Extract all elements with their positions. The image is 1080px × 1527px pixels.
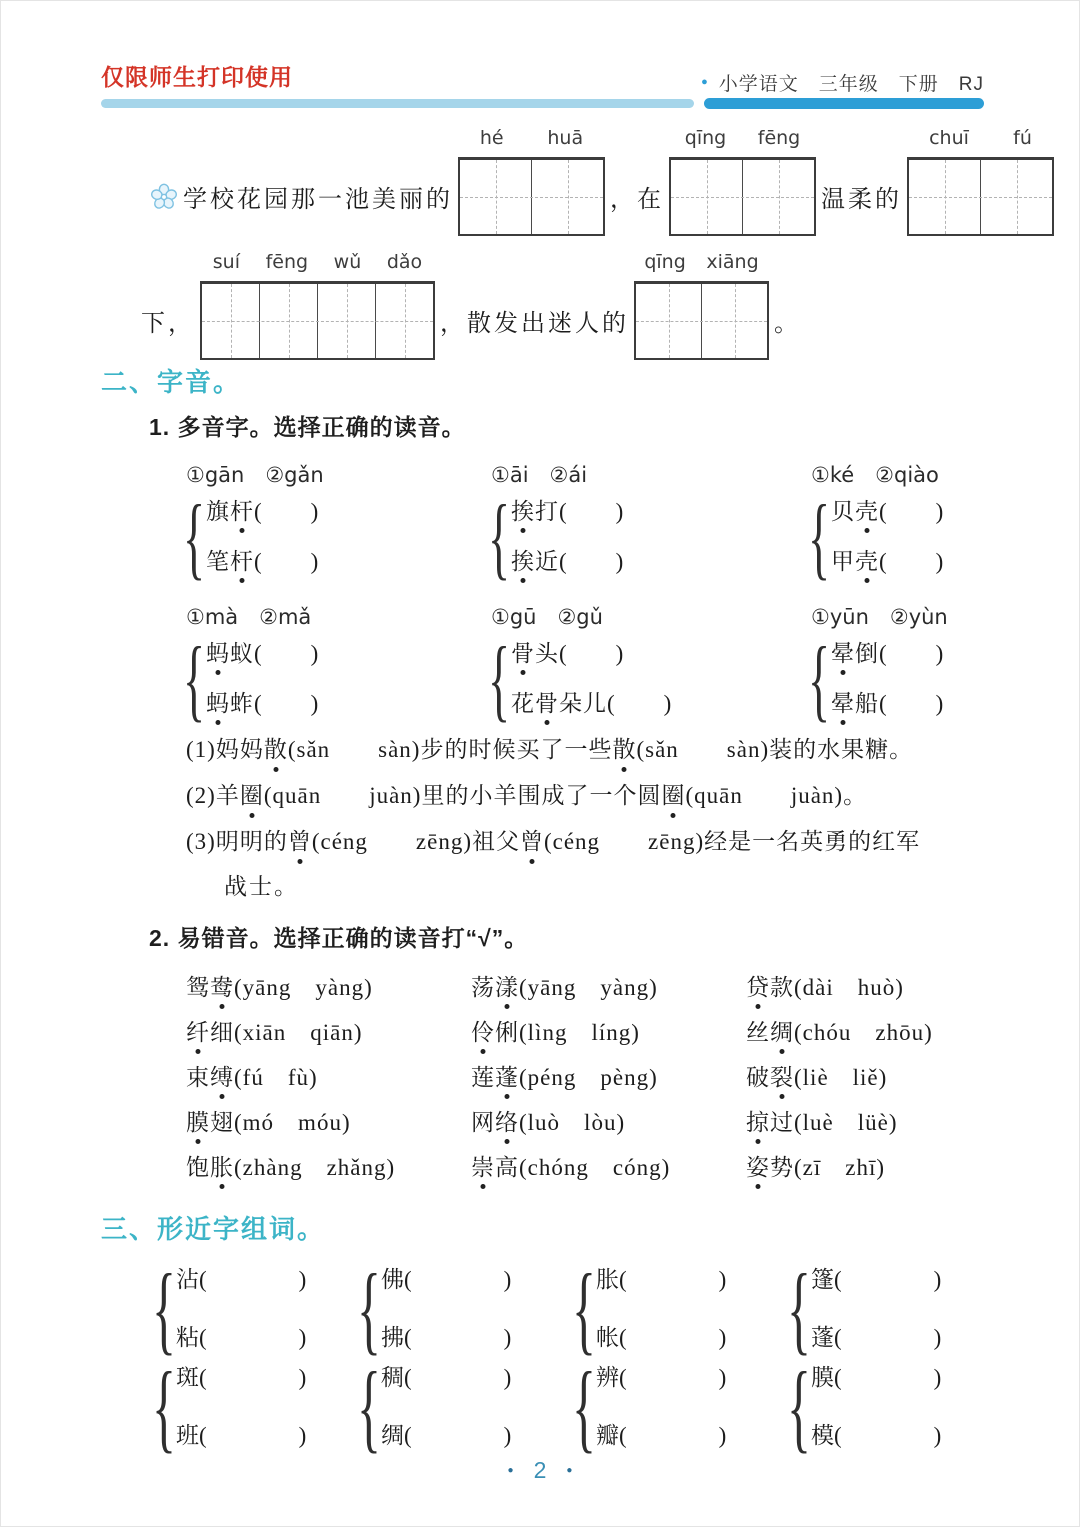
answer-blank: ( ) [834, 1423, 941, 1448]
word-item: 辨( ) [596, 1363, 726, 1393]
word-text: (yāng yàng) [519, 975, 658, 1000]
word-item: 蚂蚱( ) [206, 689, 319, 719]
sentence-seg: (céng zēng)经是一名英勇的红军 [544, 829, 920, 854]
header-divider [101, 97, 984, 109]
writing-cells [458, 157, 605, 236]
word-with-options: 崇高(chóng cóng) [471, 1153, 746, 1183]
sentence-text: ，散发出迷人的 [440, 303, 629, 338]
section-2-title: 二、字音。 [101, 366, 984, 398]
char-pair: { 稠( ) 绸( ) [361, 1363, 576, 1451]
char-pair: { 斑( ) 班( ) [156, 1363, 361, 1451]
dotted-char: 晕 [831, 689, 855, 719]
answer-blank: ( ) [619, 1365, 726, 1390]
dotted-char: 曾 [520, 826, 544, 858]
duoyin-pair: { 骨头( ) 花骨朵儿( ) [491, 639, 811, 719]
dotted-char: 杆 [230, 497, 254, 527]
writing-box-hehua: hé huā [458, 157, 605, 236]
word-text: 束 [186, 1065, 210, 1090]
fill-blank-line-2: 下， suí fēng wǔ dǎo ，散发出迷人的 qīng xiāng [141, 281, 984, 360]
page-footer: ● 2 ● [1, 1457, 1079, 1484]
dotted-char: 晕 [831, 639, 855, 669]
word-with-options: 丝绸(chóu zhōu) [746, 1018, 984, 1048]
dotted-char: 蓬 [495, 1063, 519, 1093]
word-text: (yāng yàng) [234, 975, 373, 1000]
duoyin-pair: { 挨打( ) 挨近( ) [491, 497, 811, 577]
pair-words: 篷( ) 蓬( ) [811, 1265, 941, 1353]
dotted-char: 纤 [186, 1018, 210, 1048]
pair-words: 斑( ) 班( ) [176, 1363, 306, 1451]
answer-blank: ( ) [404, 1423, 511, 1448]
yicuoyin-row: 膜翅(mó móu) 网络(luò lòu) 掠过(luè lüè) [186, 1108, 984, 1138]
pair-words: 辨( ) 瓣( ) [596, 1363, 726, 1451]
word-item: 蓬( ) [811, 1323, 941, 1353]
word-with-options: 掠过(luè lüè) [746, 1108, 984, 1138]
dotted-char: 伶 [471, 1018, 495, 1048]
footer-dot-icon: ● [566, 1465, 572, 1476]
xingjinzi-row-1: { 沾( ) 粘( ) { 佛( ) 拂( ) { 胀( ) 帐( ) { [156, 1265, 984, 1353]
char: 篷 [811, 1267, 834, 1292]
word-with-options: 姿势(zī zhī) [746, 1153, 984, 1183]
pinyin-label: suí fēng wǔ dǎo [200, 251, 435, 273]
answer-blank: ( ) [404, 1325, 511, 1350]
duoyin-pairs-row-2: { 蚂蚁( ) 蚂蚱( ) { 骨头( ) 花骨朵儿( ) { 晕倒( ) 晕船… [186, 639, 984, 719]
answer-blank: 蚁( ) [230, 641, 319, 666]
word-with-options: 荡漾(yāng yàng) [471, 973, 746, 1003]
answer-blank: 朵儿( ) [559, 691, 672, 716]
char: 沾 [176, 1267, 199, 1292]
footer-dot-icon: ● [508, 1465, 514, 1476]
word-item: 膜( ) [811, 1363, 941, 1393]
answer-blank: ( ) [619, 1267, 726, 1292]
word-text: 贝 [831, 499, 855, 524]
char: 辨 [596, 1365, 619, 1390]
word-text: (zhàng zhǎng) [234, 1155, 395, 1180]
sentence-text: 。 [774, 303, 801, 338]
dotted-char: 骨 [511, 639, 535, 669]
char-pair: { 辨( ) 瓣( ) [576, 1363, 791, 1451]
brace-glyph: { [495, 497, 503, 577]
pinyin-syllable: dǎo [387, 251, 422, 273]
word-item: 斑( ) [176, 1363, 306, 1393]
word-with-options: 破裂(liè liě) [746, 1063, 984, 1093]
word-item: 旗杆( ) [206, 497, 319, 527]
worksheet-page: 仅限师生打印使用 ● 小学语文 三年级 下册 RJ 学校花园那一池美丽的 hé … [0, 0, 1080, 1527]
char-pair: { 佛( ) 拂( ) [361, 1265, 576, 1353]
char: 粘 [176, 1325, 199, 1350]
pinyin-syllable: fú [1013, 127, 1032, 149]
xingjinzi-row-2: { 斑( ) 班( ) { 稠( ) 绸( ) { 辨( ) 瓣( ) { [156, 1363, 984, 1451]
writing-cells [634, 281, 769, 360]
word-item: 佛( ) [381, 1265, 511, 1295]
dotted-char: 骨 [535, 689, 559, 719]
sentence-seg: (céng zēng)祖父 [312, 829, 520, 854]
word-item: 班( ) [176, 1421, 306, 1451]
print-restriction-label: 仅限师生打印使用 [101, 59, 293, 92]
pinyin-label: hé huā [458, 127, 605, 149]
word-text: 高(chóng cóng) [495, 1155, 670, 1180]
brace-glyph: { [580, 1363, 588, 1451]
divider-bar-dark [704, 98, 984, 109]
dotted-char: 挨 [511, 547, 535, 577]
brace-glyph: { [815, 497, 823, 577]
sentence-1: (1)妈妈散(sǎn sàn)步的时候买了一些散(sǎn sàn)装的水果糖。 [186, 734, 984, 766]
word-text: (péng pèng) [519, 1065, 658, 1090]
pinyin-options: ①mà ②mǎ [186, 601, 491, 631]
word-item: 帐( ) [596, 1323, 726, 1353]
word-text: 饱 [186, 1155, 210, 1180]
section-2-sub-1: 1. 多音字。选择正确的读音。 [149, 412, 984, 442]
brace-glyph: { [795, 1265, 803, 1353]
brace-glyph: { [580, 1265, 588, 1353]
char: 班 [176, 1423, 199, 1448]
dotted-char: 绸 [770, 1018, 794, 1048]
answer-blank: ( ) [834, 1365, 941, 1390]
writing-cell [701, 284, 767, 358]
pinyin-syllable: hé [480, 127, 504, 149]
page-header: 仅限师生打印使用 ● 小学语文 三年级 下册 RJ [101, 59, 984, 89]
divider-bar-light [101, 99, 694, 108]
brace-glyph: { [495, 639, 503, 719]
sentence-seg: (sǎn sàn)装的水果糖。 [636, 737, 913, 762]
duoyin-options-row-2: ①mà ②mǎ ①gū ②gǔ ①yūn ②yùn [186, 601, 984, 629]
duoyin-pair: { 贝壳( ) 甲壳( ) [811, 497, 984, 577]
writing-box-qingxiang: qīng xiāng [634, 281, 769, 360]
word-item: 挨近( ) [511, 547, 624, 577]
pinyin-options: ①ké ②qiào [811, 459, 984, 489]
writing-cell [317, 284, 375, 358]
writing-cell [909, 160, 980, 234]
char: 绸 [381, 1423, 404, 1448]
answer-blank: ( ) [404, 1267, 511, 1292]
word-with-options: 膜翅(mó móu) [186, 1108, 471, 1138]
word-text: 款(dài huò) [770, 975, 904, 1000]
writing-box-suifengwudao: suí fēng wǔ dǎo [200, 281, 435, 360]
dotted-char: 蚂 [206, 689, 230, 719]
dotted-char: 壳 [855, 497, 879, 527]
pair-words: 佛( ) 拂( ) [381, 1265, 511, 1353]
dotted-char: 鸯 [210, 973, 234, 1003]
answer-blank: ( ) [254, 499, 319, 524]
writing-cells [200, 281, 435, 360]
answer-blank: 近( ) [535, 549, 624, 574]
brace-glyph: { [160, 1265, 168, 1353]
word-text: 旗 [206, 499, 230, 524]
pinyin-syllable: wǔ [334, 251, 362, 273]
word-text: 破 [746, 1065, 770, 1090]
answer-blank: ( ) [254, 549, 319, 574]
pinyin-options: ①gū ②gǔ [491, 601, 811, 631]
answer-blank: 打( ) [535, 499, 624, 524]
brace-glyph: { [365, 1363, 373, 1451]
word-with-options: 莲蓬(péng pèng) [471, 1063, 746, 1093]
word-with-options: 网络(luò lòu) [471, 1108, 746, 1138]
dotted-char: 散 [264, 734, 288, 766]
answer-blank: ( ) [834, 1325, 941, 1350]
book-info-text: 小学语文 三年级 下册 RJ [719, 69, 984, 96]
dotted-char: 掠 [746, 1108, 770, 1138]
pair-words: 蚂蚁( ) 蚂蚱( ) [206, 639, 319, 719]
page-number: 2 [534, 1457, 547, 1484]
yicuoyin-row: 纤细(xiān qiān) 伶俐(lìng líng) 丝绸(chóu zhōu… [186, 1018, 984, 1048]
answer-blank: ( ) [834, 1267, 941, 1292]
dotted-char: 蚂 [206, 639, 230, 669]
pinyin-syllable: fēng [758, 127, 800, 149]
char-pair: { 胀( ) 帐( ) [576, 1265, 791, 1353]
word-text: 势(zī zhī) [770, 1155, 885, 1180]
char-pair: { 沾( ) 粘( ) [156, 1265, 361, 1353]
word-text: 笔 [206, 549, 230, 574]
pair-words: 旗杆( ) 笔杆( ) [206, 497, 319, 577]
answer-blank: ( ) [619, 1325, 726, 1350]
section-2-sub-2: 2. 易错音。选择正确的读音打“√”。 [149, 923, 984, 953]
answer-blank: ( ) [199, 1423, 306, 1448]
sentence-2: (2)羊圈(quān juàn)里的小羊围成了一个圆圈(quān juàn)。 [186, 780, 984, 812]
bullet-icon: ● [701, 77, 709, 88]
char: 膜 [811, 1365, 834, 1390]
word-item: 晕船( ) [831, 689, 944, 719]
answer-blank: 头( ) [535, 641, 624, 666]
sentence-seg: (quān juàn)。 [685, 783, 867, 808]
pinyin-syllable: qīng [685, 127, 726, 149]
dotted-char: 壳 [855, 547, 879, 577]
word-text: 丝 [746, 1020, 770, 1045]
word-item: 篷( ) [811, 1265, 941, 1295]
char-pair: { 膜( ) 模( ) [791, 1363, 984, 1451]
word-text: 莲 [471, 1065, 495, 1090]
word-text: (luò lòu) [519, 1110, 625, 1135]
word-with-options: 纤细(xiān qiān) [186, 1018, 471, 1048]
word-item: 挨打( ) [511, 497, 624, 527]
writing-cell [202, 284, 259, 358]
answer-blank: ( ) [619, 1423, 726, 1448]
dotted-char: 裂 [770, 1063, 794, 1093]
pinyin-syllable: chuī [929, 127, 969, 149]
pair-words: 晕倒( ) 晕船( ) [831, 639, 944, 719]
word-with-options: 贷款(dài huò) [746, 973, 984, 1003]
duoyin-options-row-1: ①gān ②gǎn ①āi ②ái ①ké ②qiào [186, 459, 984, 487]
book-info: ● 小学语文 三年级 下册 RJ [701, 69, 984, 96]
word-text: (fú fù) [234, 1065, 318, 1090]
char: 胀 [596, 1267, 619, 1292]
dotted-char: 漾 [495, 973, 519, 1003]
word-item: 绸( ) [381, 1421, 511, 1451]
writing-cell [531, 160, 603, 234]
writing-cell [742, 160, 814, 234]
dotted-char: 崇 [471, 1153, 495, 1183]
word-item: 贝壳( ) [831, 497, 944, 527]
pinyin-syllable: huā [547, 127, 583, 149]
sentence-3: (3)明明的曾(céng zēng)祖父曾(céng zēng)经是一名英勇的红… [186, 826, 984, 858]
pinyin-syllable: xiāng [706, 251, 758, 273]
brace-glyph: { [365, 1265, 373, 1353]
pair-words: 挨打( ) 挨近( ) [511, 497, 624, 577]
sentence-seg: (3)明明的 [186, 829, 288, 854]
writing-cell [375, 284, 433, 358]
brace-glyph: { [190, 639, 198, 719]
word-item: 甲壳( ) [831, 547, 944, 577]
pinyin-syllable: qīng [644, 251, 685, 273]
sentence-seg: (2)羊 [186, 783, 240, 808]
word-item: 骨头( ) [511, 639, 672, 669]
writing-cell [259, 284, 317, 358]
dotted-char: 缚 [210, 1063, 234, 1093]
word-item: 粘( ) [176, 1323, 306, 1353]
pinyin-label: qīng xiāng [634, 251, 769, 273]
dotted-char: 挨 [511, 497, 535, 527]
pair-words: 胀( ) 帐( ) [596, 1265, 726, 1353]
answer-blank: ( ) [199, 1267, 306, 1292]
writing-cells [907, 157, 1054, 236]
dotted-char: 散 [612, 734, 636, 766]
word-item: 模( ) [811, 1421, 941, 1451]
word-item: 瓣( ) [596, 1421, 726, 1451]
word-item: 笔杆( ) [206, 547, 319, 577]
answer-blank: 船( ) [855, 691, 944, 716]
writing-cell [671, 160, 742, 234]
pinyin-label: qīng fēng [669, 127, 816, 149]
writing-cell [636, 284, 701, 358]
dotted-char: 膜 [186, 1108, 210, 1138]
writing-box-qingfeng: qīng fēng [669, 157, 816, 236]
fill-blank-line-1: 学校花园那一池美丽的 hé huā ，在 qīng fēng 温柔的 [149, 157, 984, 236]
dotted-char: 胀 [210, 1153, 234, 1183]
answer-blank: ( ) [879, 499, 944, 524]
brace-glyph: { [190, 497, 198, 577]
dotted-char: 圈 [661, 780, 685, 812]
brace-glyph: { [795, 1363, 803, 1451]
writing-cells [669, 157, 816, 236]
sentence-text: 学校花园那一池美丽的 [183, 179, 453, 214]
answer-blank: 倒( ) [855, 641, 944, 666]
dotted-char: 圈 [240, 780, 264, 812]
char: 拂 [381, 1325, 404, 1350]
pair-words: 贝壳( ) 甲壳( ) [831, 497, 944, 577]
writing-cell [460, 160, 531, 234]
char: 佛 [381, 1267, 404, 1292]
char: 模 [811, 1423, 834, 1448]
duoyin-pairs-row-1: { 旗杆( ) 笔杆( ) { 挨打( ) 挨近( ) { 贝壳( ) 甲壳( … [186, 497, 984, 577]
word-text: (chóu zhōu) [794, 1020, 933, 1045]
answer-blank: ( ) [879, 549, 944, 574]
word-text: 花 [511, 691, 535, 716]
char: 帐 [596, 1325, 619, 1350]
brace-glyph: { [160, 1363, 168, 1451]
sentence-text: 下， [141, 303, 195, 338]
dotted-char: 贷 [746, 973, 770, 1003]
pair-words: 骨头( ) 花骨朵儿( ) [511, 639, 672, 719]
yicuoyin-row: 饱胀(zhàng zhǎng) 崇高(chóng cóng) 姿势(zī zhī… [186, 1153, 984, 1183]
word-text: 俐(lìng líng) [495, 1020, 640, 1045]
answer-blank: ( ) [199, 1325, 306, 1350]
flower-bullet-icon [149, 182, 179, 212]
dotted-char: 络 [495, 1108, 519, 1138]
word-text: 荡 [471, 975, 495, 1000]
word-with-options: 伶俐(lìng líng) [471, 1018, 746, 1048]
answer-blank: ( ) [404, 1365, 511, 1390]
pinyin-options: ①āi ②ái [491, 459, 811, 489]
pair-words: 膜( ) 模( ) [811, 1363, 941, 1451]
writing-box-chuifu: chuī fú [907, 157, 1054, 236]
duoyin-pair: { 晕倒( ) 晕船( ) [811, 639, 984, 719]
char: 稠 [381, 1365, 404, 1390]
dotted-char: 姿 [746, 1153, 770, 1183]
word-text: 过(luè lüè) [770, 1110, 898, 1135]
word-item: 蚂蚁( ) [206, 639, 319, 669]
sentence-text: ，在 [610, 179, 664, 214]
sentence-seg: (quān juàn)里的小羊围成了一个圆 [264, 783, 662, 808]
pair-words: 稠( ) 绸( ) [381, 1363, 511, 1451]
word-with-options: 鸳鸯(yāng yàng) [186, 973, 471, 1003]
char: 瓣 [596, 1423, 619, 1448]
word-item: 拂( ) [381, 1323, 511, 1353]
sentence-text: 温柔的 [821, 179, 902, 214]
pinyin-syllable: fēng [266, 251, 308, 273]
duoyin-pair: { 旗杆( ) 笔杆( ) [186, 497, 491, 577]
word-text: 鸳 [186, 975, 210, 1000]
answer-blank: ( ) [199, 1365, 306, 1390]
yicuoyin-row: 鸳鸯(yāng yàng) 荡漾(yāng yàng) 贷款(dài huò) [186, 973, 984, 1003]
sentence-seg: (sǎn sàn)步的时候买了一些 [288, 737, 613, 762]
dotted-char: 杆 [230, 547, 254, 577]
pinyin-options: ①gān ②gǎn [186, 459, 491, 489]
answer-blank: 蚱( ) [230, 691, 319, 716]
sentence-3-continuation: 战士。 [224, 871, 984, 903]
brace-glyph: { [815, 639, 823, 719]
word-text: 甲 [831, 549, 855, 574]
word-item: 稠( ) [381, 1363, 511, 1393]
char: 蓬 [811, 1325, 834, 1350]
pinyin-label: chuī fú [907, 127, 1054, 149]
word-text: 网 [471, 1110, 495, 1135]
word-item: 晕倒( ) [831, 639, 944, 669]
writing-cell [980, 160, 1052, 234]
dotted-char: 曾 [288, 826, 312, 858]
yicuoyin-row: 束缚(fú fù) 莲蓬(péng pèng) 破裂(liè liě) [186, 1063, 984, 1093]
char-pair: { 篷( ) 蓬( ) [791, 1265, 984, 1353]
pinyin-syllable: suí [213, 251, 240, 273]
word-with-options: 饱胀(zhàng zhǎng) [186, 1153, 471, 1183]
word-item: 胀( ) [596, 1265, 726, 1295]
section-3-title: 三、形近字组词。 [101, 1213, 984, 1245]
pair-words: 沾( ) 粘( ) [176, 1265, 306, 1353]
pinyin-options: ①yūn ②yùn [811, 601, 984, 631]
sentence-seg: (1)妈妈 [186, 737, 264, 762]
word-item: 花骨朵儿( ) [511, 689, 672, 719]
word-text: 翅(mó móu) [210, 1110, 351, 1135]
char: 斑 [176, 1365, 199, 1390]
word-text: 细(xiān qiān) [210, 1020, 363, 1045]
word-text: (liè liě) [794, 1065, 887, 1090]
word-with-options: 束缚(fú fù) [186, 1063, 471, 1093]
word-item: 沾( ) [176, 1265, 306, 1295]
duoyin-pair: { 蚂蚁( ) 蚂蚱( ) [186, 639, 491, 719]
